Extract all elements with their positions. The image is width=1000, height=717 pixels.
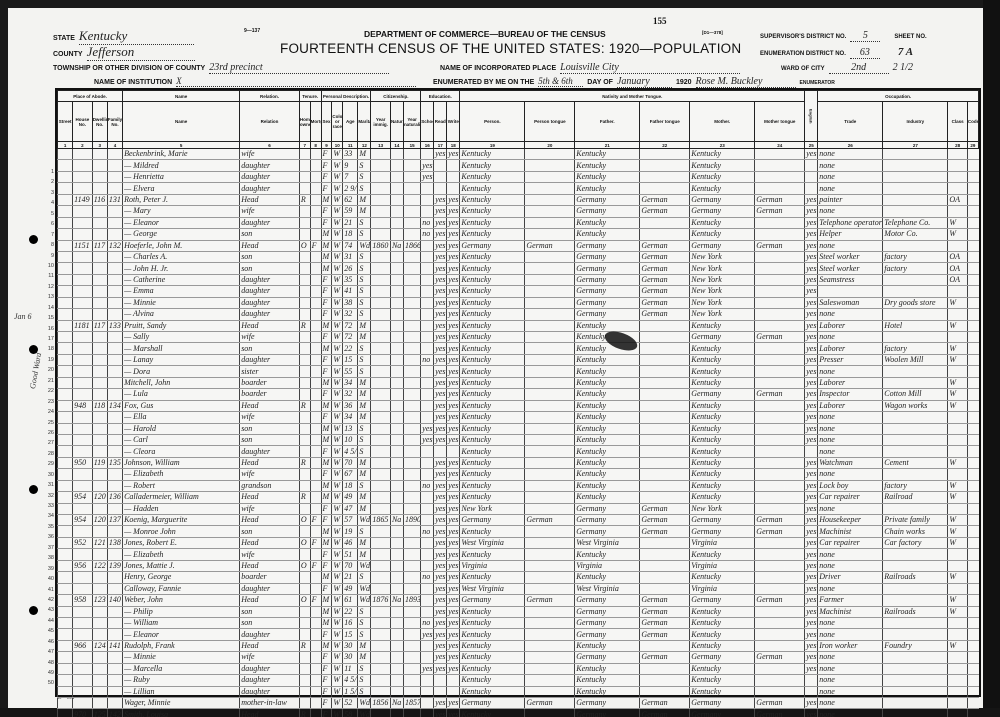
cell-fb: Germany: [575, 515, 640, 526]
cell-rd: yes: [434, 549, 447, 560]
cell-sex: F: [321, 652, 332, 663]
cell-wr: yes: [447, 389, 460, 400]
cell-own: [299, 160, 310, 171]
cell-mb: Germany: [690, 595, 755, 606]
cell-name: — Henrietta: [123, 171, 240, 182]
cell-own: [299, 583, 310, 594]
cell-nat: [390, 492, 403, 503]
cell-street: [58, 377, 73, 388]
cell-eng: yes: [805, 617, 818, 628]
cell-code: [967, 709, 978, 717]
cell-wr: yes: [447, 206, 460, 217]
incorporated-place-field: Name of incorporated place Louisville Ci…: [440, 62, 740, 74]
cell-mb: Germany: [690, 709, 755, 717]
enumerated-month: January: [617, 76, 672, 88]
cell-nat: [390, 652, 403, 663]
cell-mb: Kentucky: [690, 377, 755, 388]
cell-nat: [390, 640, 403, 651]
cell-race: W: [332, 652, 343, 663]
cell-fb: Kentucky: [575, 366, 640, 377]
cell-natyr: [403, 274, 420, 285]
cell-eng: yes: [805, 492, 818, 503]
cell-mt: [755, 686, 805, 697]
cell-own: O: [299, 595, 310, 606]
cell-ft: [640, 663, 690, 674]
cell-mort: [310, 274, 321, 285]
cell-trade: Laborer: [818, 400, 883, 411]
col-family: Family No.: [107, 102, 122, 142]
cell-sch: yes: [421, 663, 434, 674]
cell-ind: [883, 595, 948, 606]
cell-age: 72: [343, 320, 358, 331]
col-code: Code: [967, 102, 978, 142]
cell-eng: yes: [805, 572, 818, 583]
cell-fam: [107, 423, 122, 434]
cell-eng: yes: [805, 469, 818, 480]
cell-code: [967, 606, 978, 617]
cell-rel: mother-in-law: [240, 698, 300, 709]
cell-fam: 141: [107, 640, 122, 651]
cell-name: Johnson, William: [123, 457, 240, 468]
cell-mar: M: [358, 400, 371, 411]
cell-eng: yes: [805, 309, 818, 320]
cell-sch: [421, 240, 434, 251]
cell-rd: [434, 446, 447, 457]
cell-ft: German: [640, 251, 690, 262]
cell-ft: [640, 366, 690, 377]
cell-ind: [883, 469, 948, 480]
line-number: 21: [44, 376, 54, 386]
cell-cls: [948, 629, 968, 640]
cell-cls: W: [948, 320, 968, 331]
cell-own: [299, 572, 310, 583]
cell-mort: [310, 503, 321, 514]
cell-street: [58, 332, 73, 343]
group-header-tenure: Tenure.: [299, 91, 321, 102]
cell-nat: [390, 171, 403, 182]
cell-race: W: [332, 457, 343, 468]
cell-sex: M: [321, 617, 332, 628]
cell-nat: [390, 354, 403, 365]
cell-wr: yes: [447, 572, 460, 583]
cell-wr: yes: [447, 709, 460, 717]
cell-fb: Kentucky: [575, 354, 640, 365]
cell-house: [73, 183, 93, 194]
cell-fam: [107, 286, 122, 297]
cell-rel: Head: [240, 640, 300, 651]
cell-rel: sister: [240, 366, 300, 377]
line-number: 40: [44, 574, 54, 584]
cell-house: [73, 309, 93, 320]
cell-dwell: [92, 629, 107, 640]
ward-field: Ward of city 2nd 2 1/2: [781, 62, 913, 74]
cell-house: [73, 663, 93, 674]
cell-rd: yes: [434, 595, 447, 606]
cell-ind: Railroad: [883, 492, 948, 503]
cell-rel: Head: [240, 709, 300, 717]
cell-code: [967, 251, 978, 262]
cell-house: [73, 583, 93, 594]
cell-natyr: [403, 194, 420, 205]
cell-age: 7: [343, 171, 358, 182]
cell-fam: [107, 389, 122, 400]
cell-mb: Kentucky: [690, 171, 755, 182]
cell-imm: [371, 183, 391, 194]
cell-mort: [310, 251, 321, 262]
cell-trade: Iron worker: [818, 640, 883, 651]
cell-pb: Kentucky: [460, 389, 525, 400]
cell-rel: son: [240, 606, 300, 617]
cell-fam: 131: [107, 194, 122, 205]
cell-mt: [755, 583, 805, 594]
cell-mort: F: [310, 515, 321, 526]
cell-pb: Kentucky: [460, 309, 525, 320]
cell-natyr: [403, 640, 420, 651]
cell-dwell: [92, 572, 107, 583]
cell-imm: [371, 354, 391, 365]
line-number: 15: [44, 313, 54, 323]
cell-imm: [371, 263, 391, 274]
cell-eng: yes: [805, 229, 818, 240]
column-number: 26: [818, 142, 883, 149]
cell-sch: [421, 549, 434, 560]
cell-name: — Minnie: [123, 652, 240, 663]
cell-mar: S: [358, 354, 371, 365]
cell-code: [967, 297, 978, 308]
cell-mb: Germany: [690, 332, 755, 343]
cell-pt: [525, 217, 575, 228]
cell-house: 1181: [73, 320, 93, 331]
enumerated-day: 5th & 6th: [538, 76, 583, 87]
ward-value: 2nd: [829, 62, 889, 74]
cell-imm: [371, 160, 391, 171]
cell-name: Hoeferle, John M.: [123, 240, 240, 251]
cell-house: [73, 617, 93, 628]
cell-mort: [310, 480, 321, 491]
cell-natyr: [403, 297, 420, 308]
line-number: 2: [44, 177, 54, 187]
cell-ind: [883, 412, 948, 423]
cell-ind: [883, 549, 948, 560]
cell-fam: [107, 309, 122, 320]
cell-age: 41: [343, 286, 358, 297]
cell-sex: M: [321, 251, 332, 262]
cell-wr: yes: [447, 412, 460, 423]
cell-age: 32: [343, 389, 358, 400]
cell-rel: Head: [240, 457, 300, 468]
cell-trade: none: [818, 423, 883, 434]
margin-note-vertical: Good Ward: [28, 352, 43, 390]
cell-pt: [525, 480, 575, 491]
cell-wr: yes: [447, 583, 460, 594]
cell-rd: yes: [434, 480, 447, 491]
cell-street: [58, 469, 73, 480]
cell-sex: F: [321, 446, 332, 457]
census-table: Place of Abode. Name Relation. Tenure. P…: [55, 88, 981, 697]
cell-house: [73, 343, 93, 354]
cell-mort: [310, 572, 321, 583]
cell-mb: Kentucky: [690, 457, 755, 468]
cell-pt: [525, 652, 575, 663]
cell-race: W: [332, 229, 343, 240]
cell-eng: yes: [805, 412, 818, 423]
cell-natyr: [403, 309, 420, 320]
cell-mt: [755, 640, 805, 651]
cell-dwell: [92, 526, 107, 537]
cell-cls: [948, 469, 968, 480]
cell-mt: [755, 366, 805, 377]
table-row: 954120137Koenig, MargueriteHeadOFFW57Wd1…: [58, 515, 979, 526]
cell-fam: [107, 171, 122, 182]
group-header-relation: Relation.: [240, 91, 300, 102]
cell-ind: Chain works: [883, 526, 948, 537]
cell-dwell: [92, 663, 107, 674]
cell-mb: Kentucky: [690, 480, 755, 491]
cell-name: — Emma: [123, 286, 240, 297]
cell-dwell: [92, 332, 107, 343]
cell-sch: [421, 366, 434, 377]
cell-eng: yes: [805, 354, 818, 365]
cell-trade: Presser: [818, 354, 883, 365]
cell-pb: Kentucky: [460, 377, 525, 388]
table-row: 958123140Weber, JohnHeadOFMW61Wd1876Na18…: [58, 595, 979, 606]
cell-dwell: [92, 149, 107, 160]
cell-sch: [421, 698, 434, 709]
scan-border-right: [983, 0, 1000, 717]
cell-sch: [421, 251, 434, 262]
cell-age: 4 5/12: [343, 446, 358, 457]
cell-pt: [525, 549, 575, 560]
cell-house: [73, 412, 93, 423]
cell-rel: son: [240, 343, 300, 354]
cell-imm: [371, 297, 391, 308]
cell-ind: Dry goods store: [883, 297, 948, 308]
cell-imm: [371, 583, 391, 594]
cell-pb: Kentucky: [460, 457, 525, 468]
cell-own: R: [299, 492, 310, 503]
cell-cls: W: [948, 457, 968, 468]
cell-pt: [525, 606, 575, 617]
cell-mar: S: [358, 434, 371, 445]
cell-rd: yes: [434, 492, 447, 503]
cell-pt: [525, 457, 575, 468]
cell-street: [58, 629, 73, 640]
cell-house: [73, 629, 93, 640]
cell-sex: F: [321, 629, 332, 640]
cell-code: [967, 526, 978, 537]
cell-wr: yes: [447, 549, 460, 560]
cell-own: [299, 377, 310, 388]
cell-age: 67: [343, 469, 358, 480]
cell-eng: yes: [805, 595, 818, 606]
cell-own: O: [299, 240, 310, 251]
cell-house: [73, 274, 93, 285]
cell-mt: German: [755, 526, 805, 537]
cell-mt: [755, 149, 805, 160]
cell-rd: yes: [434, 206, 447, 217]
cell-name: Koenig, Marguerite: [123, 515, 240, 526]
cell-own: [299, 434, 310, 445]
cell-eng: yes: [805, 286, 818, 297]
cell-name: — Eleanor: [123, 629, 240, 640]
cell-rel: Head: [240, 537, 300, 548]
cell-trade: Machinist: [818, 526, 883, 537]
cell-mb: New York: [690, 274, 755, 285]
cell-pb: Kentucky: [460, 652, 525, 663]
cell-sch: no: [421, 217, 434, 228]
cell-mt: [755, 377, 805, 388]
cell-name: — William: [123, 617, 240, 628]
county-field: County Jefferson: [53, 44, 195, 61]
cell-fam: 142: [107, 709, 122, 717]
punch-hole-dot: [29, 235, 38, 244]
line-number: 19: [44, 355, 54, 365]
cell-pt: German: [525, 698, 575, 709]
cell-trade: none: [818, 549, 883, 560]
cell-mort: [310, 171, 321, 182]
cell-rd: yes: [434, 709, 447, 717]
cell-mb: Kentucky: [690, 366, 755, 377]
cell-code: [967, 229, 978, 240]
line-number: 7: [44, 230, 54, 240]
cell-age: 62: [343, 194, 358, 205]
cell-sex: M: [321, 400, 332, 411]
cell-age: 30: [343, 652, 358, 663]
cell-ind: [883, 183, 948, 194]
table-row: — LulaboarderFW32MyesyesKentuckyKentucky…: [58, 389, 979, 400]
cell-nat: [390, 377, 403, 388]
cell-eng: yes: [805, 217, 818, 228]
cell-ft: German: [640, 652, 690, 663]
cell-ind: [883, 194, 948, 205]
cell-mt: German: [755, 652, 805, 663]
cell-rd: yes: [434, 606, 447, 617]
cell-name: — Harold: [123, 423, 240, 434]
cell-street: [58, 526, 73, 537]
table-row: 966124141Rudolph, FrankHeadRMW30MyesyesK…: [58, 640, 979, 651]
cell-house: [73, 675, 93, 686]
group-header-name: Name: [123, 91, 240, 102]
cell-name: — Monroe John: [123, 526, 240, 537]
state-value: Kentucky: [79, 28, 194, 45]
cell-fam: 133: [107, 320, 122, 331]
cell-mort: [310, 709, 321, 717]
cell-name: — Cleora: [123, 446, 240, 457]
cell-fam: [107, 332, 122, 343]
cell-ft: German: [640, 194, 690, 205]
line-number: 1: [44, 167, 54, 177]
line-number: 44: [44, 616, 54, 626]
cell-sch: [421, 503, 434, 514]
cell-natyr: [403, 229, 420, 240]
cell-sch: [421, 709, 434, 717]
cell-street: [58, 515, 73, 526]
cell-fam: [107, 149, 122, 160]
cell-name: Jones, Mattie J.: [123, 560, 240, 571]
line-number: 6: [44, 219, 54, 229]
cell-rel: wife: [240, 469, 300, 480]
cell-pt: [525, 171, 575, 182]
cell-mar: M: [358, 537, 371, 548]
cell-nat: [390, 149, 403, 160]
cell-race: W: [332, 515, 343, 526]
cell-house: [73, 686, 93, 697]
cell-cls: [948, 332, 968, 343]
col-write: Write: [447, 102, 460, 142]
cell-rd: yes: [434, 389, 447, 400]
cell-fb: Germany: [575, 240, 640, 251]
cell-race: W: [332, 606, 343, 617]
col-race: Color or race: [332, 102, 343, 142]
cell-ft: [640, 572, 690, 583]
cell-ft: German: [640, 698, 690, 709]
cell-fb: Kentucky: [575, 320, 640, 331]
cell-code: [967, 686, 978, 697]
cell-rel: wife: [240, 206, 300, 217]
cell-mt: German: [755, 698, 805, 709]
cell-sex: M: [321, 263, 332, 274]
cell-cls: W: [948, 389, 968, 400]
cell-sch: [421, 332, 434, 343]
cell-nat: [390, 663, 403, 674]
cell-age: 15: [343, 354, 358, 365]
cell-wr: yes: [447, 194, 460, 205]
column-number: 13: [371, 142, 391, 149]
cell-rd: [434, 183, 447, 194]
cell-eng: yes: [805, 206, 818, 217]
cell-house: 956: [73, 560, 93, 571]
cell-rd: yes: [434, 194, 447, 205]
cell-cls: [948, 675, 968, 686]
supervisor-district-field: Supervisor's District No. 5 Sheet No.: [760, 30, 927, 42]
township-field: Township or other division of county 23r…: [53, 62, 389, 74]
cell-street: [58, 286, 73, 297]
cell-cls: [948, 149, 968, 160]
cell-street: [58, 251, 73, 262]
cell-age: 1 5/12: [343, 686, 358, 697]
cell-imm: [371, 332, 391, 343]
table-row: — HenriettadaughterFW7SyesKentuckyKentuc…: [58, 171, 979, 182]
cell-code: [967, 286, 978, 297]
cell-own: R: [299, 400, 310, 411]
cell-race: W: [332, 560, 343, 571]
cell-house: [73, 389, 93, 400]
cell-code: [967, 617, 978, 628]
cell-sch: no: [421, 617, 434, 628]
cell-sch: [421, 389, 434, 400]
cell-own: [299, 297, 310, 308]
cell-code: [967, 423, 978, 434]
cell-pt: [525, 503, 575, 514]
cell-age: 21: [343, 217, 358, 228]
cell-name: — George: [123, 229, 240, 240]
cell-sex: F: [321, 286, 332, 297]
cell-trade: none: [818, 652, 883, 663]
cell-eng: yes: [805, 560, 818, 571]
table-row: Beckenbrink, MariewifeFW33MyesyesKentuck…: [58, 149, 979, 160]
cell-rel: son: [240, 263, 300, 274]
cell-imm: [371, 171, 391, 182]
cell-rel: son: [240, 434, 300, 445]
cell-trade: Steel worker: [818, 263, 883, 274]
cell-dwell: [92, 469, 107, 480]
cell-wr: yes: [447, 434, 460, 445]
cell-age: 70: [343, 457, 358, 468]
cell-mt: German: [755, 389, 805, 400]
cell-eng: yes: [805, 640, 818, 651]
cell-own: R: [299, 457, 310, 468]
cell-street: [58, 194, 73, 205]
